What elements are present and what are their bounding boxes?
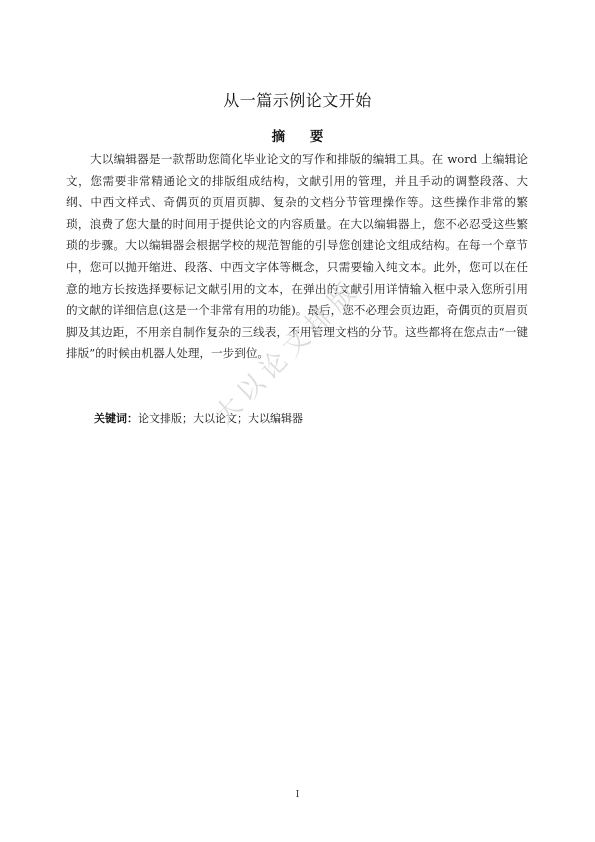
keywords-value: 论文排版；大以论文；大以编辑器 [138,412,303,425]
abstract-heading: 摘 要 [0,125,595,145]
page-number: I [0,790,595,800]
abstract-body: 大以编辑器是一款帮助您简化毕业论文的写作和排版的编辑工具。在 word 上编辑论… [66,149,528,365]
page-title: 从一篇示例论文开始 [0,88,595,111]
keywords-label: 关键词： [94,412,138,425]
keywords-line: 关键词：论文排版；大以论文；大以编辑器 [94,410,303,426]
document-page: 从一篇示例论文开始 摘 要 大以编辑器是一款帮助您简化毕业论文的写作和排版的编辑… [0,0,595,842]
